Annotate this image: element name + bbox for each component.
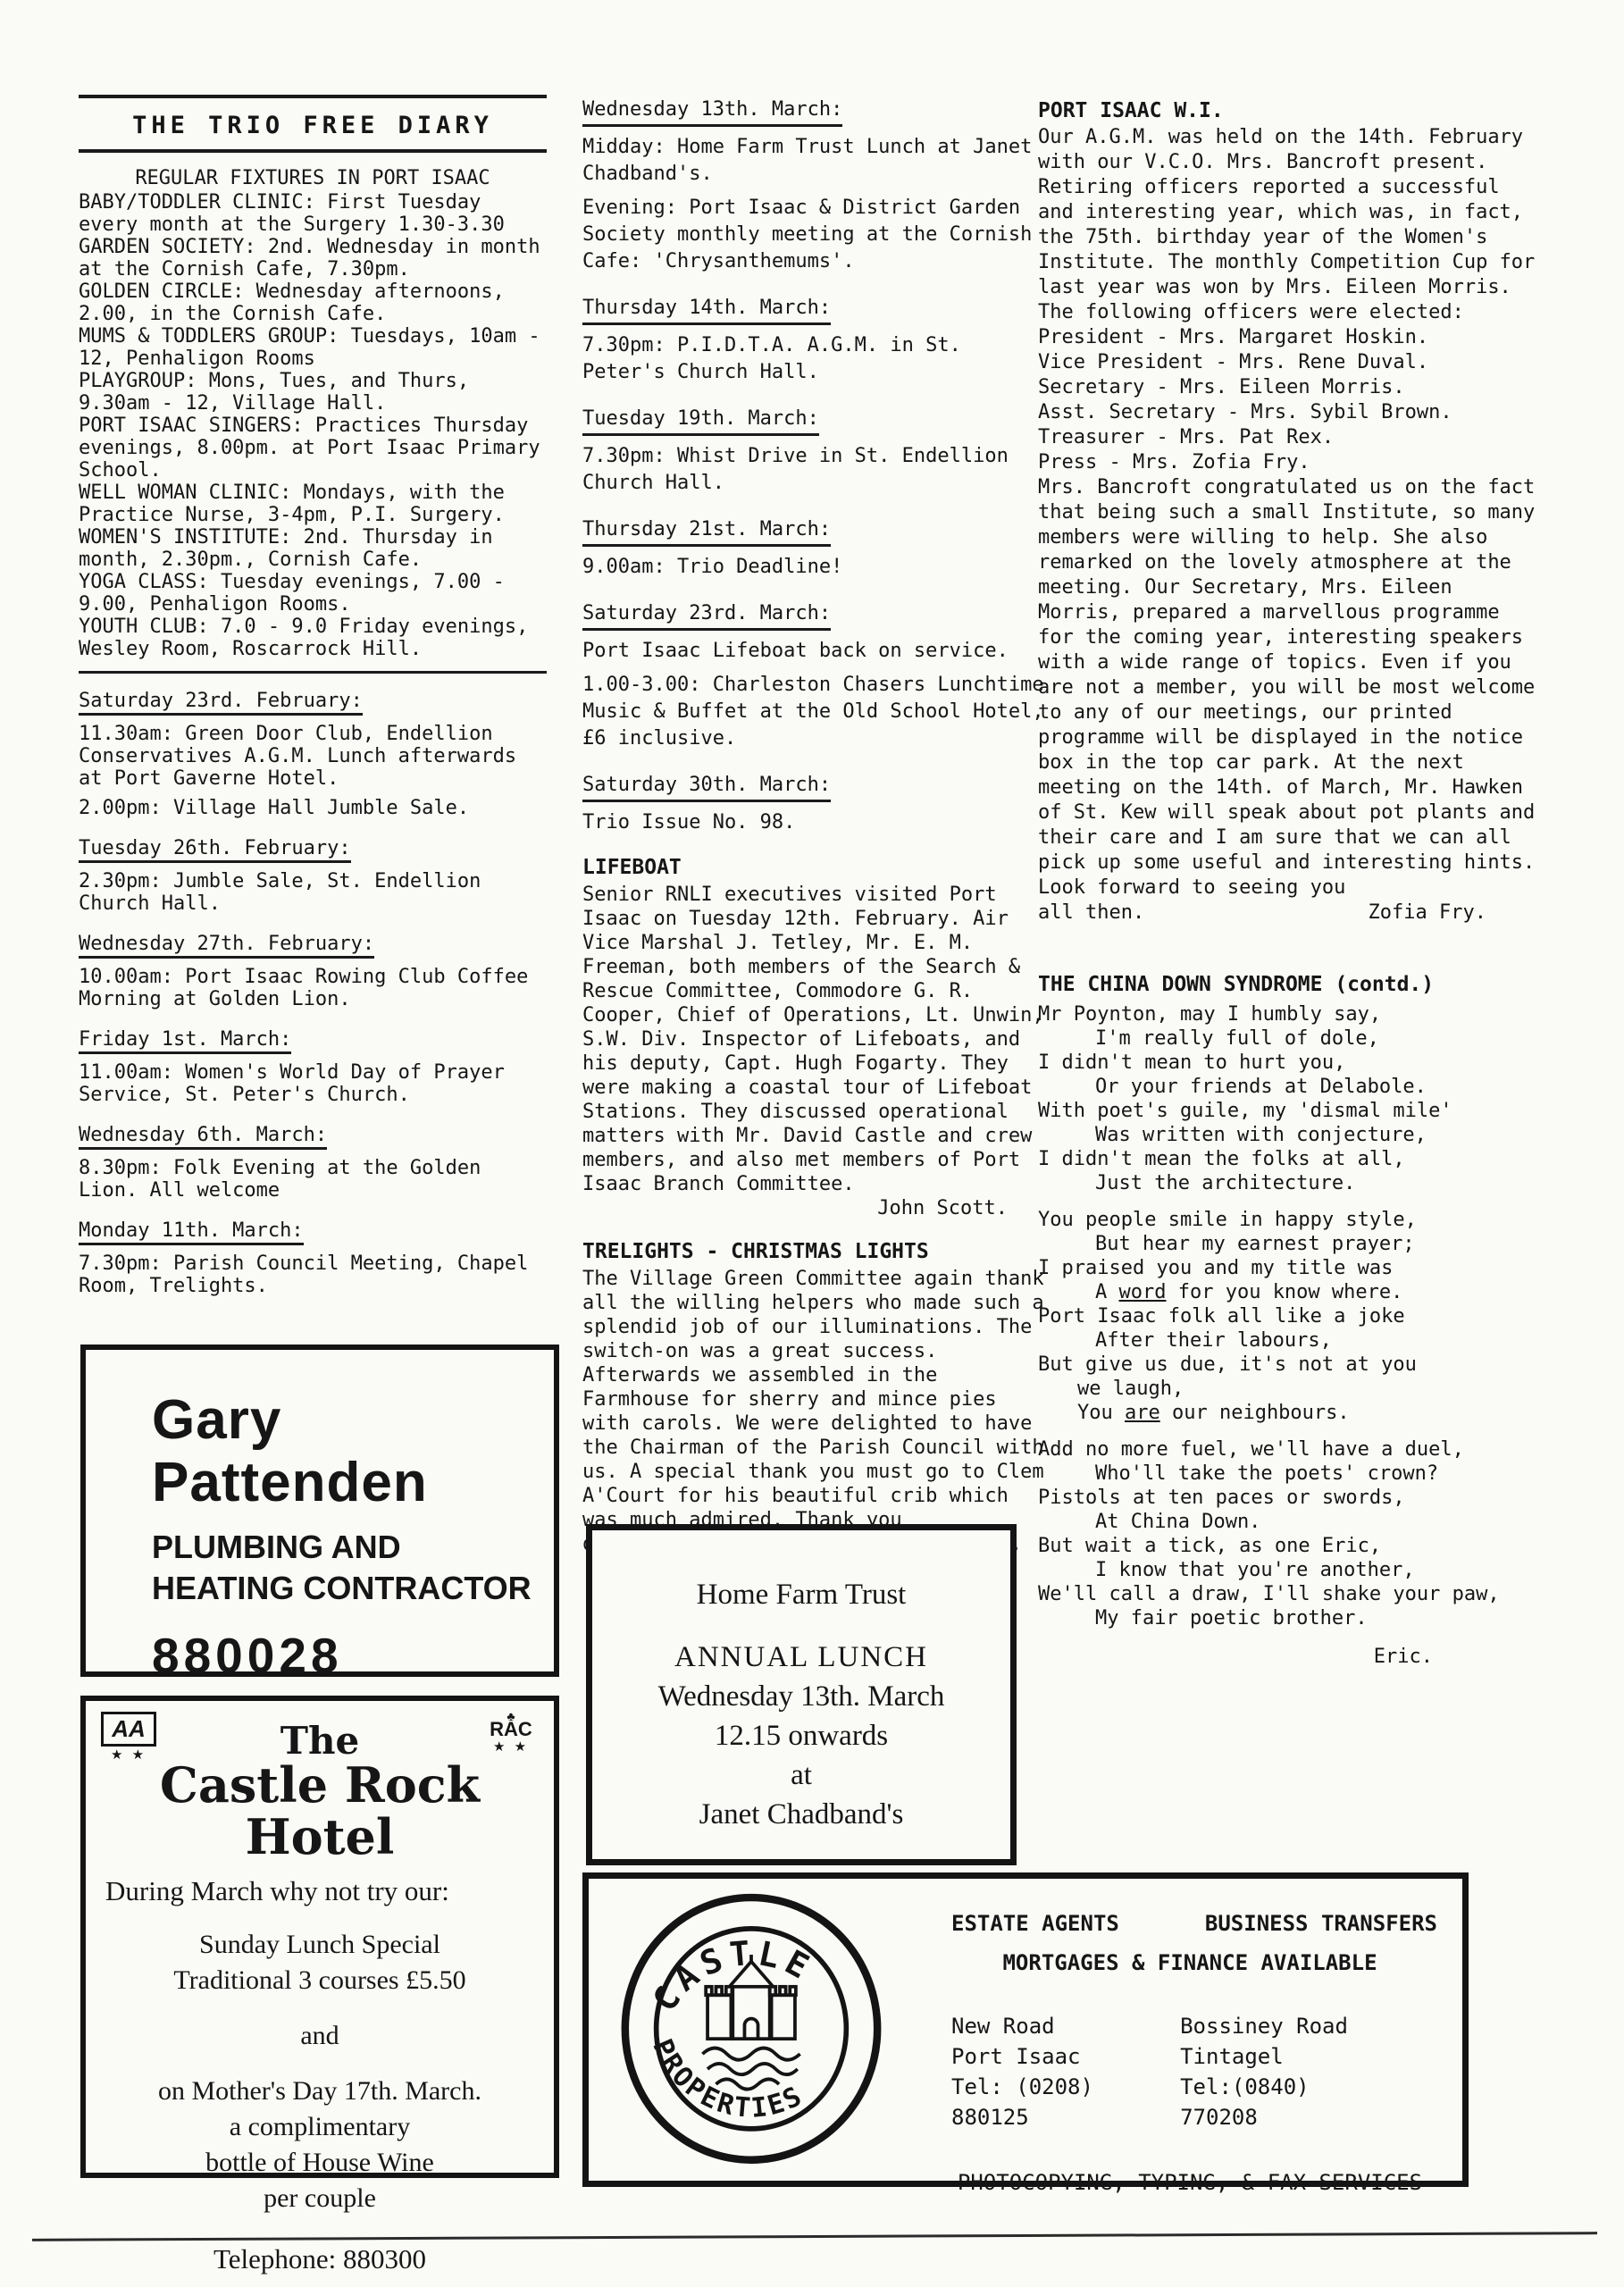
phone-number: 880028 <box>152 1627 545 1684</box>
fixture-item: BABY/TODDLER CLINIC: First Tuesday every… <box>79 191 547 236</box>
offer-line: Sunday Lunch Special <box>100 1927 540 1963</box>
address-line: New Road <box>951 2011 1180 2041</box>
article-signature: John Scott. <box>582 1196 1047 1220</box>
phone-number: Tel: (0208) 880125 <box>951 2072 1180 2132</box>
officer-line: Press - Mrs. Zofia Fry. <box>1038 450 1540 475</box>
advertiser-last-name: Pattenden <box>152 1452 545 1514</box>
event-block: Wednesday 6th. March: 8.30pm: Folk Eveni… <box>79 1113 547 1202</box>
event-date: Wednesday 27th. February: <box>79 933 374 959</box>
event-block: Saturday 30th. March: Trio Issue No. 98. <box>582 759 1047 836</box>
offer-line: a complimentary <box>100 2109 540 2145</box>
fixture-item: GOLDEN CIRCLE: Wednesday afternoons, 2.0… <box>79 281 547 325</box>
offer-line: bottle of House Wine <box>100 2145 540 2181</box>
article-body: Senior RNLI executives visited Port Isaa… <box>582 883 1047 1196</box>
event-block: Tuesday 26th. February: 2.30pm: Jumble S… <box>79 826 547 915</box>
castle-properties-ad: CASTLE PROPERTIES ESTATE AGENTS <box>582 1872 1469 2187</box>
article-body: Our A.G.M. was held on the 14th. Februar… <box>1038 125 1540 325</box>
aa-emblem: AA ★ ★ <box>100 1712 157 1763</box>
event-date: Wednesday 13th. March: <box>582 96 842 127</box>
notice-line: Janet Chadband's <box>592 1795 1010 1834</box>
poem-line: We'll call a draw, I'll shake your paw, <box>1038 1582 1540 1606</box>
officer-line: Secretary - Mrs. Eileen Morris. <box>1038 375 1540 400</box>
gary-pattenden-ad: Gary Pattenden PLUMBING AND HEATING CONT… <box>80 1345 559 1677</box>
signature-row: all then. Zofia Fry. <box>1038 901 1540 926</box>
poem-line: You people smile in happy style, <box>1038 1208 1540 1232</box>
fixture-item: PORT ISAAC SINGERS: Practices Thursday e… <box>79 415 547 482</box>
divider <box>79 671 547 674</box>
notice-line: Wednesday 13th. March <box>592 1677 1010 1716</box>
poem: Mr Poynton, may I humbly say, I'm really… <box>1038 1002 1540 1669</box>
address-line: Tintagel <box>1180 2041 1396 2072</box>
event-date: Friday 1st. March: <box>79 1028 291 1054</box>
officer-line: Vice President - Mrs. Rene Duval. <box>1038 350 1540 375</box>
event-block: Thursday 14th. March: 7.30pm: P.I.D.T.A.… <box>582 282 1047 386</box>
fixture-item: WOMEN'S INSTITUTE: 2nd. Thursday in mont… <box>79 526 547 571</box>
event-item: 11.30am: Green Door Club, Endellion Cons… <box>79 723 547 790</box>
event-item: 2.00pm: Village Hall Jumble Sale. <box>79 797 547 819</box>
poem-line: At China Down. <box>1038 1510 1540 1534</box>
poem-text: our neighbours. <box>1160 1402 1350 1424</box>
poem-line: I didn't mean to hurt you, <box>1038 1051 1540 1075</box>
event-date: Wednesday 6th. March: <box>79 1124 327 1150</box>
event-block: Monday 11th. March: 7.30pm: Parish Counc… <box>79 1209 547 1297</box>
service-label: BUSINESS TRANSFERS <box>1205 1911 1437 1936</box>
event-item: Trio Issue No. 98. <box>582 809 1047 836</box>
event-item: 7.30pm: P.I.D.T.A. A.G.M. in St. Peter's… <box>582 332 1047 386</box>
section-heading: LIFEBOAT <box>582 854 1047 881</box>
poem-line: Pistols at ten paces or swords, <box>1038 1486 1540 1510</box>
trade-line: HEATING CONTRACTOR <box>152 1568 545 1609</box>
poem-line: Mr Poynton, may I humbly say, <box>1038 1002 1540 1026</box>
event-date: Thursday 21st. March: <box>582 516 831 547</box>
middle-column: Wednesday 13th. March: Midday: Home Farm… <box>582 93 1047 1556</box>
newsletter-page: THE TRIO FREE DIARY REGULAR FIXTURES IN … <box>0 0 1624 2287</box>
article-body-end: all then. <box>1038 901 1144 926</box>
castle-rock-hotel-ad: AA ★ ★ ♣ RAC ★ ★ The Castle Rock Hotel D… <box>80 1696 559 2178</box>
event-item: Evening: Port Isaac & District Garden So… <box>582 195 1047 275</box>
phone-number: Telephone: 880300 <box>100 2243 540 2275</box>
event-date: Tuesday 26th. February: <box>79 837 351 863</box>
poem-line: I didn't mean the folks at all, <box>1038 1147 1540 1171</box>
offer-line: on Mother's Day 17th. March. <box>100 2073 540 2109</box>
event-date: Saturday 23rd. February: <box>79 690 363 716</box>
event-date: Saturday 30th. March: <box>582 772 831 802</box>
event-block: Wednesday 13th. March: Midday: Home Farm… <box>582 93 1047 275</box>
event-item: 1.00-3.00: Charleston Chasers Lunchtime … <box>582 672 1047 752</box>
article-body: The Village Green Committee again thank … <box>582 1267 1047 1532</box>
poem-underlined-word: are <box>1125 1402 1160 1424</box>
officer-line: President - Mrs. Margaret Hoskin. <box>1038 325 1540 350</box>
right-column: PORT ISAAC W.I. Our A.G.M. was held on t… <box>1038 98 1540 1669</box>
poem-line: we laugh, <box>1038 1377 1540 1401</box>
poem-line: Add no more fuel, we'll have a duel, <box>1038 1437 1540 1462</box>
office-address: New Road Port Isaac Tel: (0208) 880125 <box>951 2011 1180 2132</box>
section-heading: TRELIGHTS - CHRISTMAS LIGHTS <box>582 1238 1047 1265</box>
event-date: Tuesday 19th. March: <box>582 406 819 436</box>
event-block: Thursday 21st. March: 9.00am: Trio Deadl… <box>582 504 1047 581</box>
fixture-item: PLAYGROUP: Mons, Tues, and Thurs, 9.30am… <box>79 370 547 415</box>
event-item: 9.00am: Trio Deadline! <box>582 554 1047 581</box>
poem-line: I praised you and my title was <box>1038 1256 1540 1280</box>
left-column: THE TRIO FREE DIARY REGULAR FIXTURES IN … <box>79 95 547 1304</box>
event-item: 7.30pm: Parish Council Meeting, Chapel R… <box>79 1252 547 1297</box>
event-item: 10.00am: Port Isaac Rowing Club Coffee M… <box>79 966 547 1010</box>
offer-conjunction: and <box>100 2018 540 2054</box>
aa-badge-icon: AA <box>101 1712 156 1747</box>
poem-line: My fair poetic brother. <box>1038 1606 1540 1630</box>
hotel-name-the: The <box>100 1723 540 1759</box>
page-bottom-rule <box>32 2232 1597 2241</box>
home-farm-trust-notice: Home Farm Trust ANNUAL LUNCH Wednesday 1… <box>586 1524 1017 1865</box>
castle-properties-details: ESTATE AGENTS BUSINESS TRANSFERS MORTGAG… <box>894 1884 1450 2175</box>
poem-text: for you know where. <box>1166 1281 1402 1303</box>
fixture-item: MUMS & TODDLERS GROUP: Tuesdays, 10am - … <box>79 325 547 370</box>
trelights-article: TRELIGHTS - CHRISTMAS LIGHTS The Village… <box>582 1238 1047 1556</box>
lifeboat-article: LIFEBOAT Senior RNLI executives visited … <box>582 854 1047 1220</box>
diary-title-box: THE TRIO FREE DIARY <box>79 95 547 153</box>
poem-line: Port Isaac folk all like a joke <box>1038 1304 1540 1328</box>
poem-underlined-word: word <box>1119 1281 1167 1303</box>
event-block: Saturday 23rd. February: 11.30am: Green … <box>79 679 547 819</box>
phone-number: Tel:(0840) 770208 <box>1180 2072 1396 2132</box>
event-block: Wednesday 27th. February: 10.00am: Port … <box>79 922 547 1010</box>
officers-list: President - Mrs. Margaret Hoskin. Vice P… <box>1038 325 1540 475</box>
castle-properties-logo: CASTLE PROPERTIES <box>608 1884 894 2170</box>
offer-line: Traditional 3 courses £5.50 <box>100 1963 540 1998</box>
event-block: Friday 1st. March: 11.00am: Women's Worl… <box>79 1018 547 1106</box>
advertiser-first-name: Gary <box>152 1389 545 1452</box>
poem-line: You are our neighbours. <box>1038 1401 1540 1425</box>
poem-line: With poet's guile, my 'dismal mile' <box>1038 1099 1540 1123</box>
poem-line: Was written with conjecture, <box>1038 1123 1540 1147</box>
event-date: Saturday 23rd. March: <box>582 600 831 631</box>
aa-stars-icon: ★ ★ <box>100 1747 157 1763</box>
poem-line: But hear my earnest prayer; <box>1038 1232 1540 1256</box>
rac-label: RAC <box>482 1721 540 1738</box>
notice-title: Home Farm Trust <box>592 1575 1010 1614</box>
fixture-item: YOUTH CLUB: 7.0 - 9.0 Friday evenings, W… <box>79 616 547 660</box>
event-item: 2.30pm: Jumble Sale, St. Endellion Churc… <box>79 870 547 915</box>
officer-line: Treasurer - Mrs. Pat Rex. <box>1038 425 1540 450</box>
event-block: Tuesday 19th. March: 7.30pm: Whist Drive… <box>582 393 1047 497</box>
fixture-item: WELL WOMAN CLINIC: Mondays, with the Pra… <box>79 482 547 526</box>
event-item: 8.30pm: Folk Evening at the Golden Lion.… <box>79 1157 547 1202</box>
offer-line: per couple <box>100 2181 540 2216</box>
event-block: Saturday 23rd. March: Port Isaac Lifeboa… <box>582 588 1047 752</box>
poem-line: A word for you know where. <box>1038 1280 1540 1304</box>
address-line: Bossiney Road <box>1180 2011 1396 2041</box>
page-title: THE TRIO FREE DIARY <box>79 114 547 137</box>
poem-line: I know that you're another, <box>1038 1558 1540 1582</box>
poem-line: Who'll take the poets' crown? <box>1038 1462 1540 1486</box>
poem-text: You <box>1077 1402 1125 1424</box>
poem-line: But wait a tick, as one Eric, <box>1038 1534 1540 1558</box>
poem-line: After their labours, <box>1038 1328 1540 1353</box>
fixtures-header: REGULAR FIXTURES IN PORT ISAAC <box>79 167 547 189</box>
event-item: Midday: Home Farm Trust Lunch at Janet C… <box>582 134 1047 188</box>
notice-line: ANNUAL LUNCH <box>592 1638 1010 1677</box>
notice-line: at <box>592 1755 1010 1795</box>
event-item: 11.00am: Women's World Day of Prayer Ser… <box>79 1061 547 1106</box>
poem-line: But give us due, it's not at you <box>1038 1353 1540 1377</box>
officer-line: Asst. Secretary - Mrs. Sybil Brown. <box>1038 400 1540 425</box>
event-date: Monday 11th. March: <box>79 1219 304 1245</box>
poem-line: Or your friends at Delabole. <box>1038 1075 1540 1099</box>
fixture-item: GARDEN SOCIETY: 2nd. Wednesday in month … <box>79 236 547 281</box>
service-subheading: MORTGAGES & FINANCE AVAILABLE <box>894 1950 1450 1975</box>
office-address: Bossiney Road Tintagel Tel:(0840) 770208 <box>1180 2011 1396 2132</box>
hotel-intro: During March why not try our: <box>100 1875 540 1907</box>
section-heading: PORT ISAAC W.I. <box>1038 98 1540 123</box>
hotel-name: Castle Rock Hotel <box>100 1759 540 1863</box>
notice-line: 12.15 onwards <box>592 1716 1010 1755</box>
address-line: Port Isaac <box>951 2041 1180 2072</box>
fixture-item: YOGA CLASS: Tuesday evenings, 7.00 - 9.0… <box>79 571 547 616</box>
article-signature: Zofia Fry. <box>1369 901 1486 926</box>
trade-line: PLUMBING AND <box>152 1527 545 1568</box>
event-item: 7.30pm: Whist Drive in St. Endellion Chu… <box>582 443 1047 497</box>
article-body: Mrs. Bancroft congratulated us on the fa… <box>1038 475 1540 901</box>
poem-line: I'm really full of dole, <box>1038 1026 1540 1051</box>
poem-text: A <box>1095 1281 1119 1303</box>
event-date: Thursday 14th. March: <box>582 295 831 325</box>
section-heading: THE CHINA DOWN SYNDROME (contd.) <box>1038 972 1540 997</box>
event-item: Port Isaac Lifeboat back on service. <box>582 638 1047 665</box>
rac-emblem: ♣ RAC ★ ★ <box>482 1712 540 1755</box>
poem-line: Just the architecture. <box>1038 1171 1540 1195</box>
poem-signature: Eric. <box>1038 1645 1540 1669</box>
rac-stars-icon: ★ ★ <box>482 1738 540 1755</box>
service-label: ESTATE AGENTS <box>951 1911 1119 1936</box>
services-footer: PHOTOCOPYING, TYPING, & FAX SERVICES <box>894 2170 1450 2195</box>
